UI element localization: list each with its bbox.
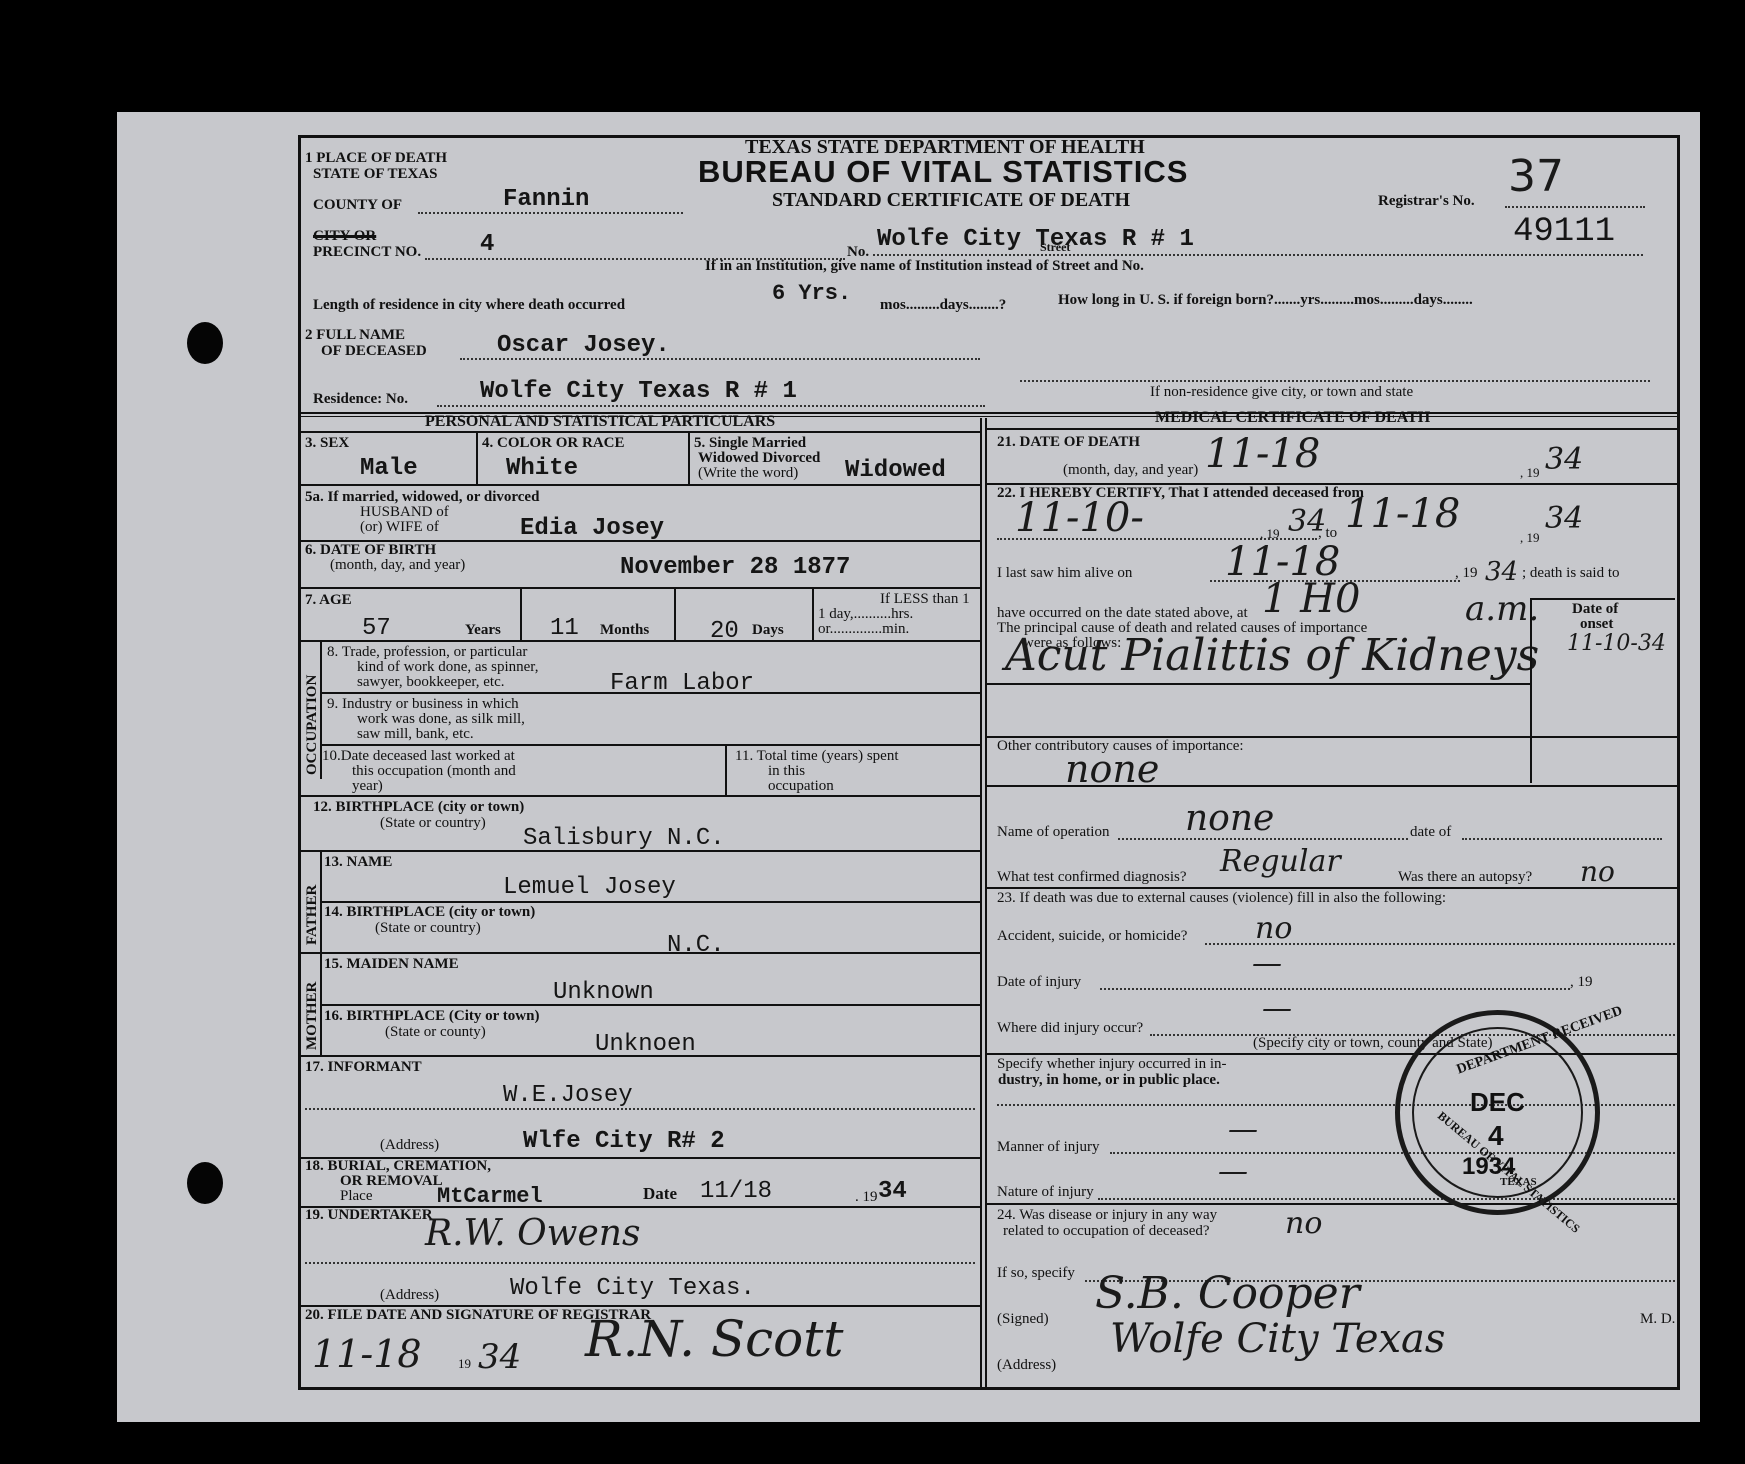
informant-label: 17. INFORMANT — [305, 1060, 422, 1075]
dob-label-2: (month, day, and year) — [330, 558, 465, 573]
punch-hole-top — [187, 322, 223, 364]
medical-section-title: MEDICAL CERTIFICATE OF DEATH — [1155, 410, 1430, 425]
birthplace-label-2: (State or country) — [380, 816, 486, 831]
to-year-prefix: , 19 — [1520, 530, 1540, 545]
dod-label: 21. DATE OF DEATH — [997, 435, 1140, 450]
sex-label: 3. SEX — [305, 436, 349, 451]
days-label: Days — [752, 623, 784, 638]
father-name-label: 13. NAME — [324, 855, 392, 870]
residence-length-value: 6 Yrs. — [772, 282, 851, 306]
burial-year: 34 — [878, 1180, 907, 1204]
punch-hole-bottom — [187, 1162, 223, 1204]
industry-label-2: work was done, as silk mill, — [357, 712, 525, 727]
marital-label-3: (Write the word) — [698, 466, 798, 481]
file-date: 11-18 — [312, 1340, 422, 1368]
attended-to: 11-18 — [1345, 500, 1460, 528]
spouse-value: Edia Josey — [520, 517, 664, 541]
autopsy-value: no — [1580, 858, 1615, 886]
occupation-related-label-2: related to occupation of deceased? — [1003, 1224, 1210, 1239]
file-number: 49111 — [1513, 220, 1615, 244]
other-causes-value: none — [1065, 755, 1159, 783]
undertaker-address: Wolfe City Texas. — [510, 1277, 755, 1301]
file-year-prefix: 19 — [458, 1356, 471, 1371]
received-stamp: DEPARTMENT RECEIVED DEC 4 1934 TEXAS BUR… — [1395, 1010, 1600, 1215]
cause-of-death: Acut Pialittis of Kidneys — [1005, 642, 1539, 670]
injury-where-label: Where did injury occur? — [997, 1021, 1143, 1036]
informant-address: Wlfe City R# 2 — [523, 1130, 725, 1154]
operation-value: none — [1185, 805, 1274, 833]
mother-birthplace-label: 16. BIRTHPLACE (City or town) — [324, 1009, 539, 1024]
onset-label: Date of — [1572, 602, 1618, 617]
father-birthplace: N.C. — [667, 934, 725, 958]
marital-label-2: Widowed Divorced — [698, 451, 820, 466]
age-months: 11 — [550, 617, 579, 641]
trade-label-3: sawyer, bookkeeper, etc. — [357, 675, 504, 690]
father-vertical-label: FATHER — [304, 885, 321, 945]
mother-birthplace-label-2: (State or county) — [385, 1025, 486, 1040]
mother-name: Unknown — [553, 981, 654, 1005]
industry-label-3: saw mill, bank, etc. — [357, 727, 474, 742]
burial-place-label: Place — [340, 1189, 372, 1204]
county-label: COUNTY OF — [313, 198, 402, 213]
father-birthplace-label: 14. BIRTHPLACE (city or town) — [324, 905, 535, 920]
autopsy-label: Was there an autopsy? — [1398, 870, 1532, 885]
occupation-vertical-label: OCCUPATION — [304, 675, 321, 775]
place-of-death-label: 1 PLACE OF DEATH — [305, 151, 447, 166]
months-label: Months — [600, 623, 649, 638]
accident-value: no — [1255, 915, 1292, 943]
total-time-label: 11. Total time (years) spent — [735, 749, 899, 764]
test-value: Regular — [1220, 848, 1341, 876]
injury-where-dash: — — [1262, 995, 1292, 1023]
mother-vertical-label: MOTHER — [304, 982, 321, 1050]
spouse-label-3: (or) WIFE of — [360, 520, 439, 535]
last-saw-date: 11-18 — [1225, 548, 1340, 576]
injury-specify-label-2: dustry, in home, or in public place. — [998, 1073, 1220, 1088]
age-label: 7. AGE — [305, 593, 352, 608]
dob-value: November 28 1877 — [620, 556, 850, 580]
registrar-no-value: 37 — [1508, 163, 1564, 191]
birthplace-value: Salisbury N.C. — [523, 827, 725, 851]
marital-value: Widowed — [845, 459, 946, 483]
trade-label: 8. Trade, profession, or particular — [327, 645, 527, 660]
undertaker-signature: R.W. Owens — [425, 1220, 640, 1248]
manner-dash: — — [1228, 1116, 1258, 1144]
manner-label: Manner of injury — [997, 1140, 1099, 1155]
birthplace-label: 12. BIRTHPLACE (city or town) — [313, 800, 524, 815]
test-label: What test confirmed diagnosis? — [997, 870, 1187, 885]
onset-value: 11-10-34 — [1567, 630, 1666, 658]
father-name: Lemuel Josey — [503, 876, 676, 900]
registrar-signature: R.N. Scott — [585, 1325, 843, 1353]
spouse-label: 5a. If married, widowed, or divorced — [305, 490, 539, 505]
street-value: Wolfe City Texas R # 1 — [877, 228, 1194, 252]
physician-address: Wolfe City Texas — [1110, 1325, 1445, 1353]
years-label: Years — [465, 623, 501, 638]
mother-name-label: 15. MAIDEN NAME — [324, 957, 459, 972]
stamp-month: DEC — [1470, 1087, 1525, 1118]
residence-value: Wolfe City Texas R # 1 — [480, 380, 797, 404]
operation-label: Name of operation — [997, 825, 1109, 840]
if-so-label: If so, specify — [997, 1266, 1075, 1281]
injury-date-dash: — — [1252, 950, 1282, 978]
nature-dash: — — [1218, 1158, 1248, 1186]
dod-label-2: (month, day, and year) — [1063, 463, 1198, 478]
industry-label: 9. Industry or business in which — [327, 697, 519, 712]
mother-birthplace: Unknoen — [595, 1033, 696, 1057]
sex-value: Male — [360, 457, 418, 481]
burial-year-prefix: . 19 — [855, 1190, 878, 1205]
less-label: If LESS than 1 — [880, 592, 970, 607]
state-label: STATE OF TEXAS — [313, 167, 437, 182]
county-value: Fannin — [503, 188, 589, 212]
bureau-title: BUREAU OF VITAL STATISTICS — [698, 154, 1188, 190]
total-time-label-3: occupation — [768, 779, 834, 794]
informant-value: W.E.Josey — [503, 1084, 633, 1108]
cert-type-title: STANDARD CERTIFICATE OF DEATH — [772, 189, 1130, 212]
deceased-name: Oscar Josey. — [497, 334, 670, 358]
residence-label: Residence: No. — [313, 392, 408, 407]
registrar-no-label: Registrar's No. — [1378, 194, 1475, 209]
less-label-2: 1 day,..........hrs. — [818, 607, 913, 622]
race-label: 4. COLOR OR RACE — [482, 436, 625, 451]
date-of-operation-label: date of — [1410, 825, 1451, 840]
burial-label: 18. BURIAL, CREMATION, — [305, 1159, 491, 1174]
ampm: a.m. — [1465, 595, 1539, 623]
injury-date-year: , 19 — [1570, 975, 1593, 990]
burial-label-2: OR REMOVAL — [340, 1174, 443, 1189]
last-saw-year-prefix: , 19 — [1455, 566, 1478, 581]
occupation-related-label: 24. Was disease or injury in any way — [997, 1208, 1217, 1223]
residence-length-label: Length of residence in city where death … — [313, 298, 625, 313]
file-year: 34 — [478, 1343, 521, 1371]
last-worked-label: 10.Date deceased last worked at — [322, 749, 515, 764]
marital-label: 5. Single Married — [694, 436, 806, 451]
undertaker-address-label: (Address) — [380, 1288, 439, 1303]
date-of-death: 11-18 — [1205, 440, 1320, 468]
institution-note: If in an Institution, give name of Insti… — [705, 259, 1144, 274]
attended-from: 11-10- — [1015, 504, 1144, 532]
trade-label-2: kind of work done, as spinner, — [357, 660, 538, 675]
nonresidence-note: If non-residence give city, or town and … — [1150, 385, 1413, 400]
burial-date: 11/18 — [700, 1180, 772, 1204]
burial-date-label: Date — [643, 1186, 677, 1201]
injury-specify-label: Specify whether injury occurred in in- — [997, 1057, 1227, 1072]
last-saw-year: 34 — [1485, 558, 1518, 586]
less-label-3: or..............min. — [818, 622, 909, 637]
dod-year-prefix: , 19 — [1520, 465, 1540, 480]
accident-label: Accident, suicide, or homicide? — [997, 929, 1187, 944]
spouse-label-2: HUSBAND of — [360, 505, 449, 520]
time-of-death: 1 H0 — [1262, 585, 1361, 613]
occupation-related-value: no — [1285, 1210, 1322, 1238]
occurred-label: have occurred on the date stated above, … — [997, 606, 1248, 621]
attended-to-year: 34 — [1545, 505, 1583, 533]
race-value: White — [506, 457, 578, 481]
full-name-label: 2 FULL NAME — [305, 328, 405, 343]
age-years: 57 — [362, 617, 391, 641]
father-birthplace-label-2: (State or country) — [375, 921, 481, 936]
death-said-label: ; death is said to — [1522, 566, 1620, 581]
md-label: M. D. — [1640, 1312, 1675, 1327]
precinct-label: PRECINCT NO. — [313, 245, 421, 260]
foreign-born-label: How long in U. S. if foreign born?......… — [1058, 293, 1473, 308]
signed-label: (Signed) — [997, 1312, 1049, 1327]
physician-address-label: (Address) — [997, 1358, 1056, 1373]
injury-date-label: Date of injury — [997, 975, 1081, 990]
physician-signature: S.B. Cooper — [1095, 1280, 1360, 1308]
mos-days-label: mos.........days........? — [880, 298, 1006, 313]
struck-city-label: CITY OR — [313, 229, 376, 244]
last-worked-label-3: year) — [352, 779, 383, 794]
external-causes-label: 23. If death was due to external causes … — [997, 891, 1446, 906]
informant-address-label: (Address) — [380, 1138, 439, 1153]
undertaker-label: 19. UNDERTAKER — [305, 1208, 433, 1223]
personal-section-title: PERSONAL AND STATISTICAL PARTICULARS — [425, 414, 775, 429]
precinct-value: 4 — [480, 233, 494, 257]
dob-label: 6. DATE OF BIRTH — [305, 543, 436, 558]
of-deceased-label: OF DECEASED — [321, 344, 427, 359]
dod-year: 34 — [1545, 446, 1583, 474]
nature-label: Nature of injury — [997, 1185, 1094, 1200]
last-worked-label-2: this occupation (month and — [352, 764, 516, 779]
total-time-label-2: in this — [768, 764, 805, 779]
last-saw-label: I last saw him alive on — [997, 566, 1132, 581]
